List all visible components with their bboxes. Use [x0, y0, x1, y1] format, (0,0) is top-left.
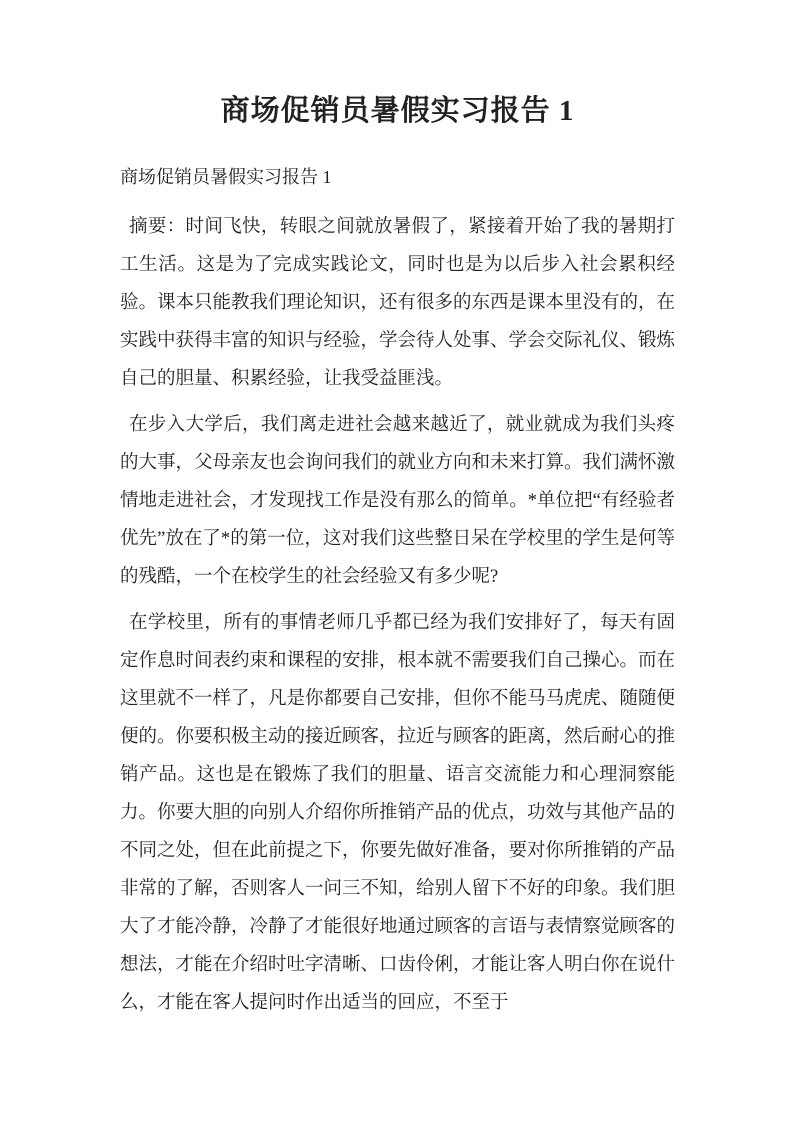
paragraph-body-3: 在学校里，所有的事情老师几乎都已经为我们安排好了，每天有固定作息时间表约束和课程… [120, 604, 675, 1022]
paragraph-abstract: 摘要：时间飞快，转眼之间就放暑假了，紧接着开始了我的暑期打工生活。这是为了完成实… [120, 208, 675, 398]
paragraph-body-2: 在步入大学后，我们离走进社会越来越近了，就业就成为我们头疼的大事，父母亲友也会询… [120, 406, 675, 596]
document-subtitle: 商场促销员暑假实习报告 1 [120, 158, 675, 196]
document-page: 商场促销员暑假实习报告 1 商场促销员暑假实习报告 1 摘要：时间飞快，转眼之间… [0, 0, 793, 1122]
document-title: 商场促销员暑假实习报告 1 [120, 92, 675, 130]
